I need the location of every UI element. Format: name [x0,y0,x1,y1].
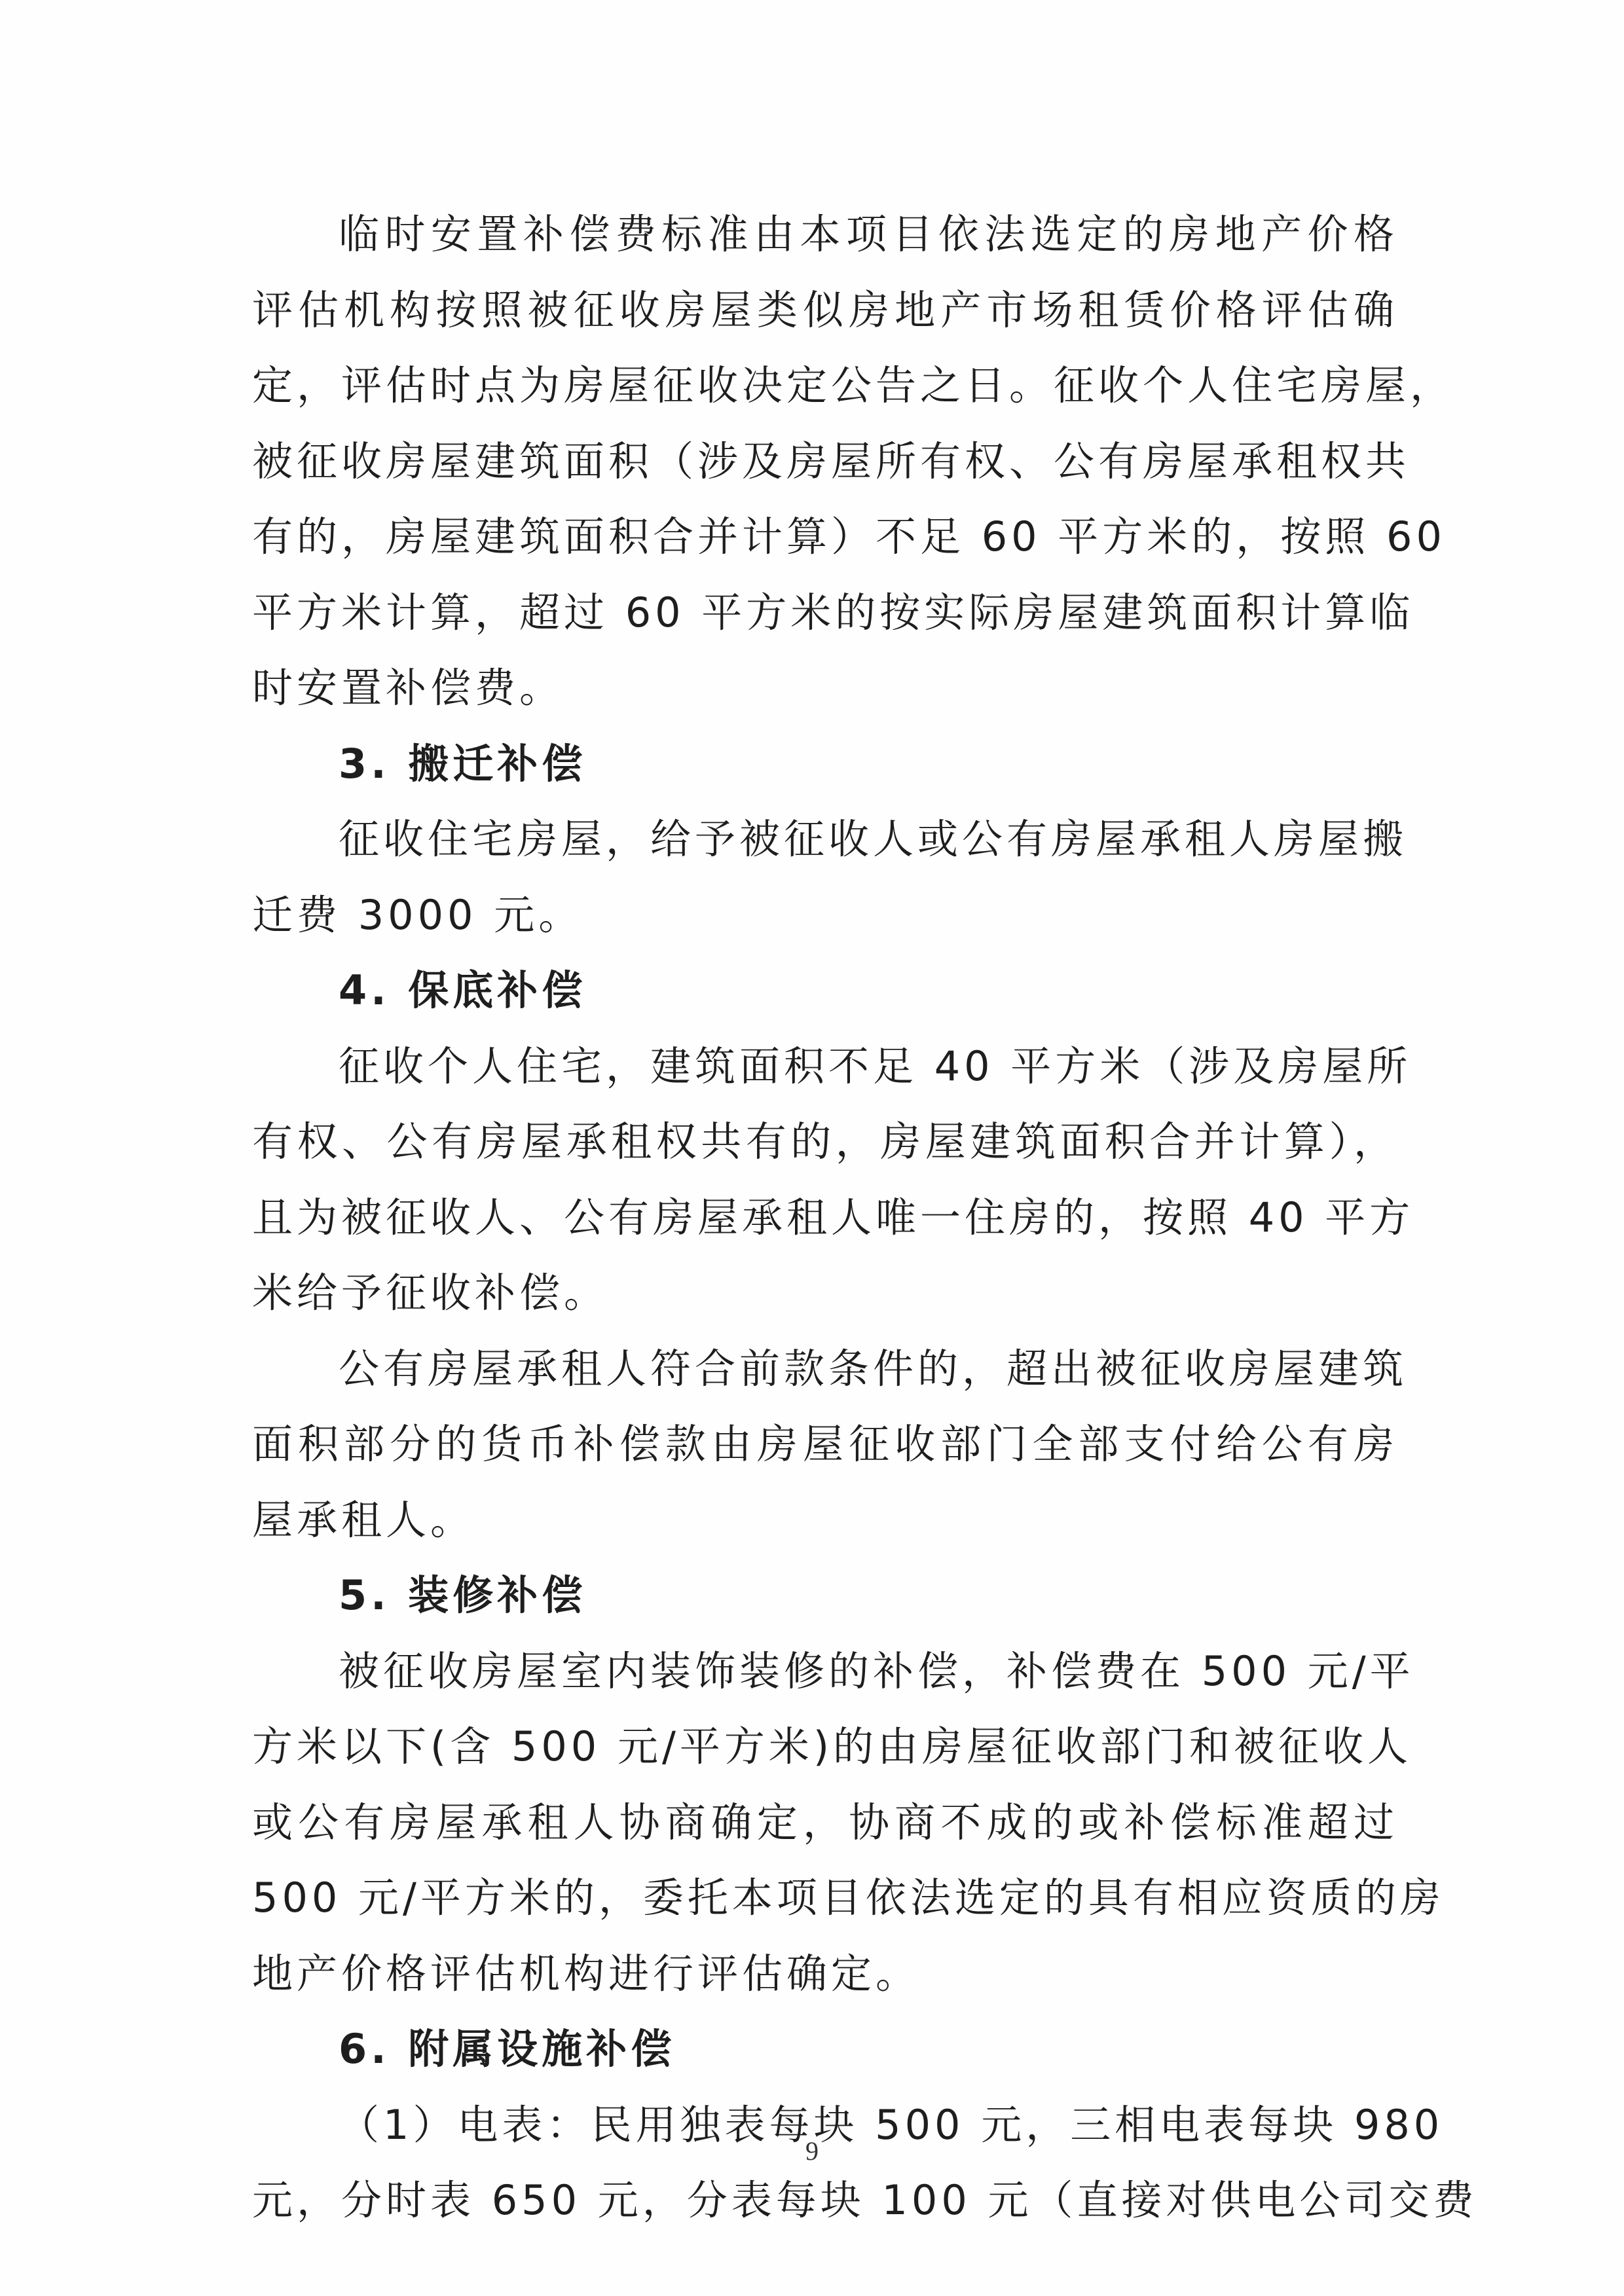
paragraph-line: 地产价格评估机构进行评估确定。 [252,1936,1398,2012]
paragraph-line: 屋承租人。 [252,1482,1398,1558]
paragraph-line: 面积部分的货币补偿款由房屋征收部门全部支付给公有房 [252,1406,1398,1482]
paragraph-line: 有权、公有房屋承租权共有的，房屋建筑面积合并计算）， [252,1104,1398,1180]
paragraph-line: 方米以下(含 500 元/平方米)的由房屋征收部门和被征收人 [252,1709,1398,1785]
paragraph-line: 时安置补偿费。 [252,650,1398,726]
document-body: 临时安置补偿费标准由本项目依法选定的房地产价格 评估机构按照被征收房屋类似房地产… [252,196,1398,2238]
paragraph-line: 或公有房屋承租人协商确定，协商不成的或补偿标准超过 [252,1785,1398,1861]
section-heading-relocation: 3. 搬迁补偿 [252,726,1398,802]
paragraph-line: 500 元/平方米的，委托本项目依法选定的具有相应资质的房 [252,1860,1398,1936]
paragraph-line: 迁费 3000 元。 [252,877,1398,953]
section-heading-minimum: 4. 保底补偿 [252,953,1398,1029]
paragraph-line: 定，评估时点为房屋征收决定公告之日。征收个人住宅房屋， [252,348,1398,424]
paragraph-line: 且为被征收人、公有房屋承租人唯一住房的，按照 40 平方 [252,1180,1398,1256]
paragraph-line: 平方米计算，超过 60 平方米的按实际房屋建筑面积计算临 [252,575,1398,651]
section-heading-facilities: 6. 附属设施补偿 [252,2011,1398,2087]
paragraph-line: 评估机构按照被征收房屋类似房地产市场租赁价格评估确 [252,272,1398,348]
paragraph-line: 有的，房屋建筑面积合并计算）不足 60 平方米的，按照 60 [252,499,1398,575]
section-heading-decoration: 5. 装修补偿 [252,1558,1398,1633]
document-page: 临时安置补偿费标准由本项目依法选定的房地产价格 评估机构按照被征收房屋类似房地产… [0,0,1624,2296]
paragraph-line: 米给予征收补偿。 [252,1255,1398,1331]
paragraph-line: 公有房屋承租人符合前款条件的，超出被征收房屋建筑 [252,1331,1398,1407]
paragraph-line: 临时安置补偿费标准由本项目依法选定的房地产价格 [252,196,1398,272]
paragraph-line: 元，分时表 650 元，分表每块 100 元（直接对供电公司交费 [252,2162,1398,2238]
page-number: 9 [0,2136,1624,2166]
paragraph-line: 被征收房屋建筑面积（涉及房屋所有权、公有房屋承租权共 [252,424,1398,500]
paragraph-line: 征收住宅房屋，给予被征收人或公有房屋承租人房屋搬 [252,801,1398,877]
paragraph-line: 被征收房屋室内装饰装修的补偿，补偿费在 500 元/平 [252,1633,1398,1709]
paragraph-line: 征收个人住宅，建筑面积不足 40 平方米（涉及房屋所 [252,1029,1398,1104]
